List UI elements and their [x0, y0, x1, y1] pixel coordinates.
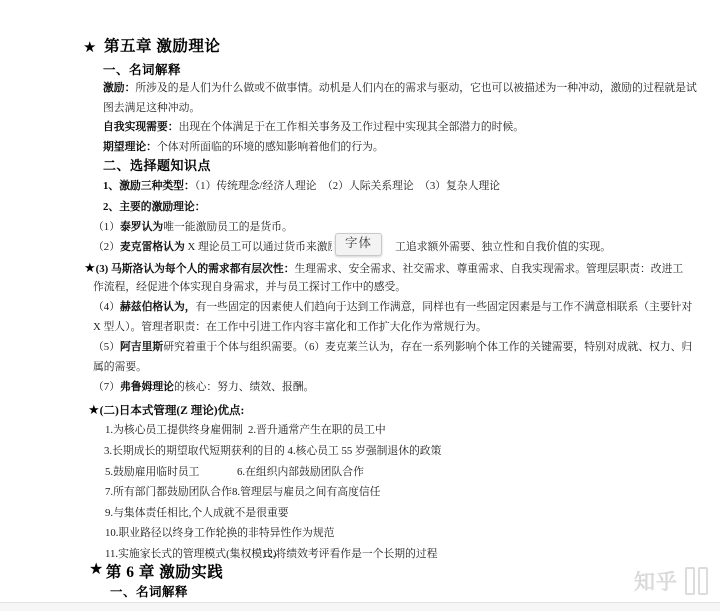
star-icon: ★	[84, 260, 96, 275]
chapter6-title: 第 6 章 激励实践	[106, 564, 223, 581]
z-list-row-1-2: 1.为核心员工提供终身雇佣制 2.晋升通常产生在职的员工中	[105, 425, 243, 437]
item-number: （7）	[93, 381, 120, 393]
document-page: ★第五章 激励理论 一、名词解释 激励：所涉及的是人们为什么做或不做事情。动机是…	[0, 0, 720, 611]
theory-item-maslow-cont: 作流程，经促进个体实现自身需求，并与员工探讨工作中的感受。	[93, 282, 406, 294]
definition-self-actualization: 自我实现需要：出现在个体满足于在工作相关事务及工作过程中实现其全部潜力的时候。	[103, 122, 524, 134]
knowledge-point-theories: 2、主要的激励理论：	[103, 202, 206, 214]
font-tooltip[interactable]: 字体	[335, 233, 382, 256]
z-list-row-3-4: 3.长期成长的期望取代短期获利的目的 4.核心员工 55 岁强制退休的政策	[104, 446, 441, 458]
chapter6-heading: ★第 6 章 激励实践	[89, 561, 223, 581]
term-label: 自我实现需要：	[103, 121, 179, 133]
section-heading-terms: 一、名词解释	[103, 64, 181, 78]
term-text: 所涉及的是人们为什么做或不做事情。动机是人们内在的需求与驱动，它也可以被描述为一…	[135, 82, 696, 94]
zhihu-logo-icon	[682, 567, 708, 595]
star-icon: ★	[83, 40, 97, 56]
term-label: 期望理论：	[103, 141, 157, 153]
item-text-after: 工追求额外需要、独立性和自我价值的实现。	[395, 241, 611, 253]
item-text: 有一些固定的因素使人们趋向于达到工作满意，同样也有一些固定因素是与工作不满意相联…	[196, 301, 693, 313]
definition-motivation-line2: 图去满足这种冲动。	[103, 103, 200, 115]
theory-item-argyris-mcclelland: （5）阿吉里斯研究着重于个体与组织需要。（6）麦克莱兰认为，存在一系列影响个体工…	[93, 342, 692, 354]
zhihu-watermark: 知乎	[634, 566, 708, 596]
item-text: 唯一能激励员工的是货币。	[163, 221, 293, 233]
theorist-name: 阿吉里斯	[120, 341, 163, 353]
term-text: 个体对所面临的环境的感知影响着他们的行为。	[157, 141, 384, 153]
theory-item-vroom: （7）弗鲁姆理论的核心：努力、绩效、报酬。	[93, 382, 314, 394]
z-item-6: 6.在组织内部鼓励团队合作	[237, 467, 364, 479]
theory-item-herzberg-cont: X 型人）。管理者职责：在工作中引进工作内容丰富化和工作扩大化作为常规行为。	[93, 322, 487, 334]
theory-item-mcgregor: （2）麦克雷格认为 X 理论员工可以通过货币来激励，工追求额外需要、独立性和自我…	[93, 242, 611, 254]
theory-item-taylor: （1）泰罗认为唯一能激励员工的是货币。	[93, 222, 293, 234]
theory-item-maslow: ★(3) 马斯洛认为每个人的需求都有层次性：生理需求、安全需求、社交需求、尊重需…	[84, 261, 683, 276]
term-label: 激励：	[103, 82, 135, 94]
z-list-row-11-12: 11.实施家长式的管理模式(集权模式) 12.将绩效考评看作是一个长期的过程	[105, 549, 276, 561]
definition-motivation-line1: 激励：所涉及的是人们为什么做或不做事情。动机是人们内在的需求与驱动，它也可以被描…	[103, 83, 697, 95]
z-item-2: 2.晋升通常产生在职的员工中	[248, 425, 386, 437]
star-icon: ★	[89, 561, 104, 578]
z-theory-title: (二)日本式管理(Z 理论)优点:	[100, 405, 245, 417]
chapter5-heading: ★第五章 激励理论	[83, 38, 220, 57]
star-icon: ★	[88, 402, 100, 417]
term-text: 出现在个体满足于在工作相关事务及工作过程中实现其全部潜力的时候。	[179, 121, 525, 133]
z-item-5: 5.鼓励雇用临时员工	[105, 466, 199, 478]
item-text: 的核心：努力、绩效、报酬。	[174, 381, 314, 393]
item-text: X 理论员工可以通过货币来激励，	[185, 241, 349, 253]
z-item-7: 7.所有部门都鼓励团队合作	[105, 486, 232, 498]
item-text: 生理需求、安全需求、社交需求、尊重需求、自我实现需求。管理层职责：改进工	[295, 263, 684, 275]
item-text: 研究着重于个体与组织需要。（6）麦克莱兰认为，存在一系列影响个体工作的关键需要，…	[163, 341, 692, 353]
item-number: （2）	[93, 241, 120, 253]
item-number: （4）	[93, 301, 120, 313]
zhihu-watermark-text: 知乎	[634, 566, 678, 596]
theorist-name: 赫兹伯格认为，	[120, 301, 196, 313]
theory-item-herzberg: （4）赫兹伯格认为，有一些固定的因素使人们趋向于达到工作满意，同样也有一些固定因…	[93, 302, 692, 314]
theorist-name: 麦克雷格认为	[120, 241, 185, 253]
z-list-row-5-6: 5.鼓励雇用临时员工 6.在组织内部鼓励团队合作	[105, 467, 199, 479]
definition-expectancy-theory: 期望理论：个体对所面临的环境的感知影响着他们的行为。	[103, 142, 384, 154]
page-bottom-edge	[0, 602, 720, 611]
z-item-11: 11.实施家长式的管理模式(集权模式)	[105, 548, 276, 560]
knowledge-point-types: 1、激励三种类型：（1）传统理念/经济人理论 （2）人际关系理论 （3）复杂人理…	[103, 181, 500, 193]
theorist-name: 弗鲁姆理论	[120, 381, 174, 393]
theory-item-cont: 属的需要。	[93, 362, 147, 374]
section-heading-terms-ch6: 一、名词解释	[110, 586, 188, 600]
z-item-8: 8.管理层与雇员之间有高度信任	[232, 487, 380, 499]
z-theory-heading: ★(二)日本式管理(Z 理论)优点:	[88, 403, 244, 418]
item-number: （5）	[93, 341, 120, 353]
point-label: 2、主要的激励理论：	[103, 201, 206, 213]
z-item-12: 12.将绩效考评看作是一个长期的过程	[262, 549, 437, 561]
theorist-lead: (3) 马斯洛认为每个人的需求都有层次性：	[96, 263, 295, 275]
point-label: 1、激励三种类型：	[103, 180, 195, 192]
z-item-1: 1.为核心员工提供终身雇佣制	[105, 424, 243, 436]
point-text: （1）传统理念/经济人理论 （2）人际关系理论 （3）复杂人理论	[195, 180, 500, 192]
section-heading-multiple-choice: 二、选择题知识点	[103, 159, 211, 173]
theorist-name: 泰罗认为	[120, 221, 163, 233]
z-list-row-10: 10.职业路径以终身工作轮换的非特异性作为规范	[105, 528, 334, 540]
z-list-row-9: 9.与集体责任相比,个人成就不是很重要	[105, 508, 289, 520]
item-number: （1）	[93, 221, 120, 233]
z-list-row-7-8: 7.所有部门都鼓励团队合作 8.管理层与雇员之间有高度信任	[105, 487, 232, 499]
chapter5-title: 第五章 激励理论	[104, 38, 220, 55]
